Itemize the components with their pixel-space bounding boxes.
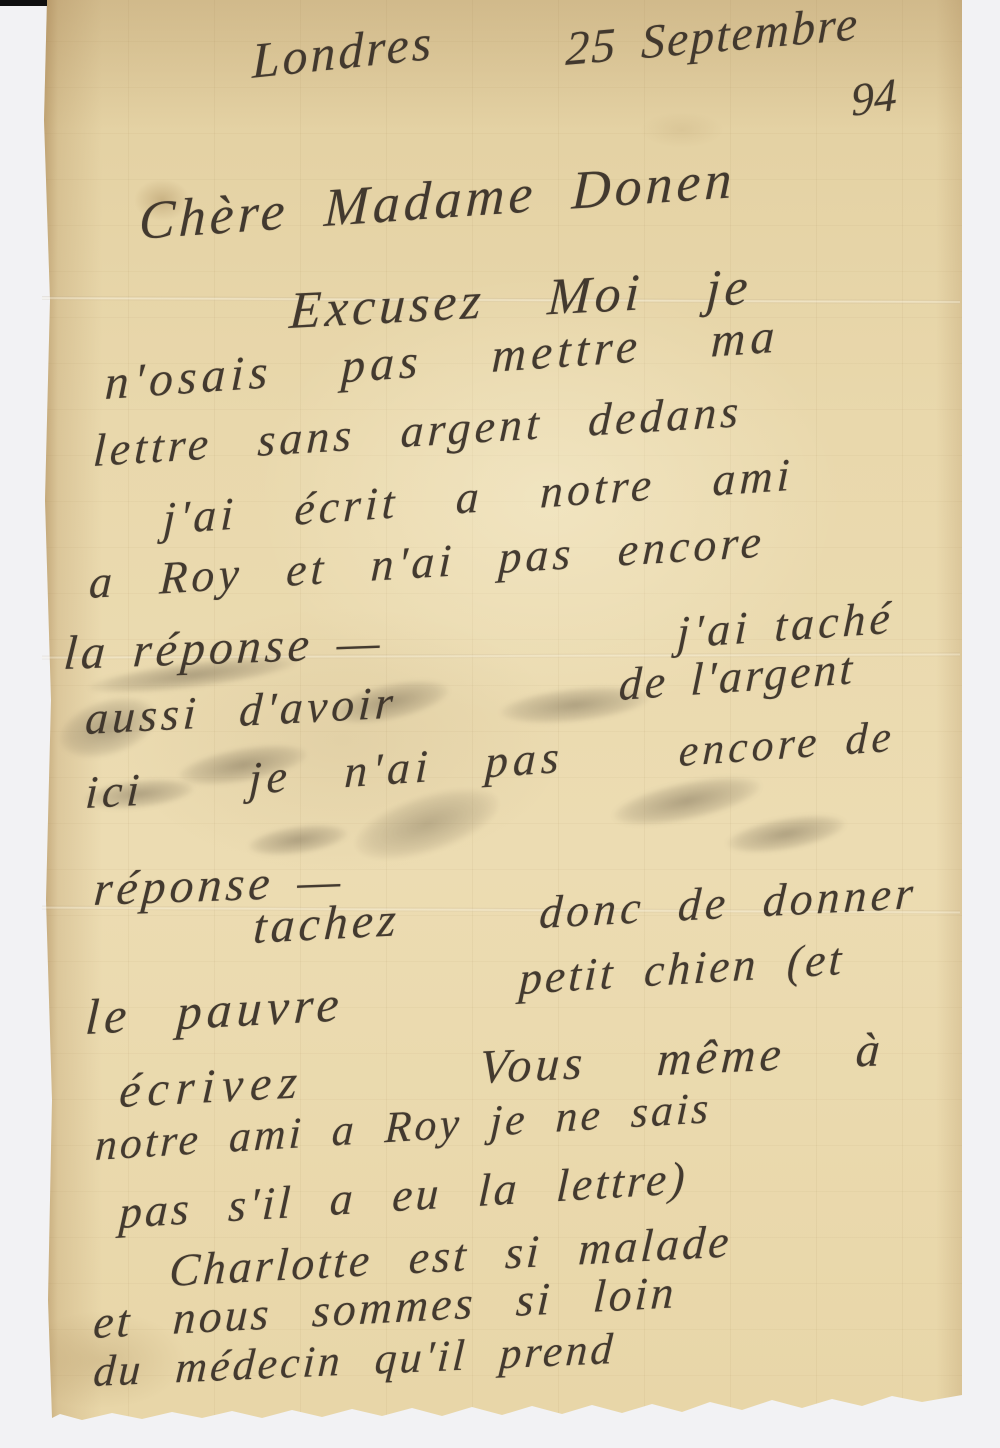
date-year: 94 [850,67,897,127]
scanner-edge-artifact [0,0,47,6]
handwritten-line: la réponse — [62,615,386,681]
handwritten-line: ici [84,763,145,819]
scanned-letter-page: Londres 25 Septembre 94 Chère Madame Don… [0,0,1000,1448]
handwritten-line: tachez [252,892,401,955]
